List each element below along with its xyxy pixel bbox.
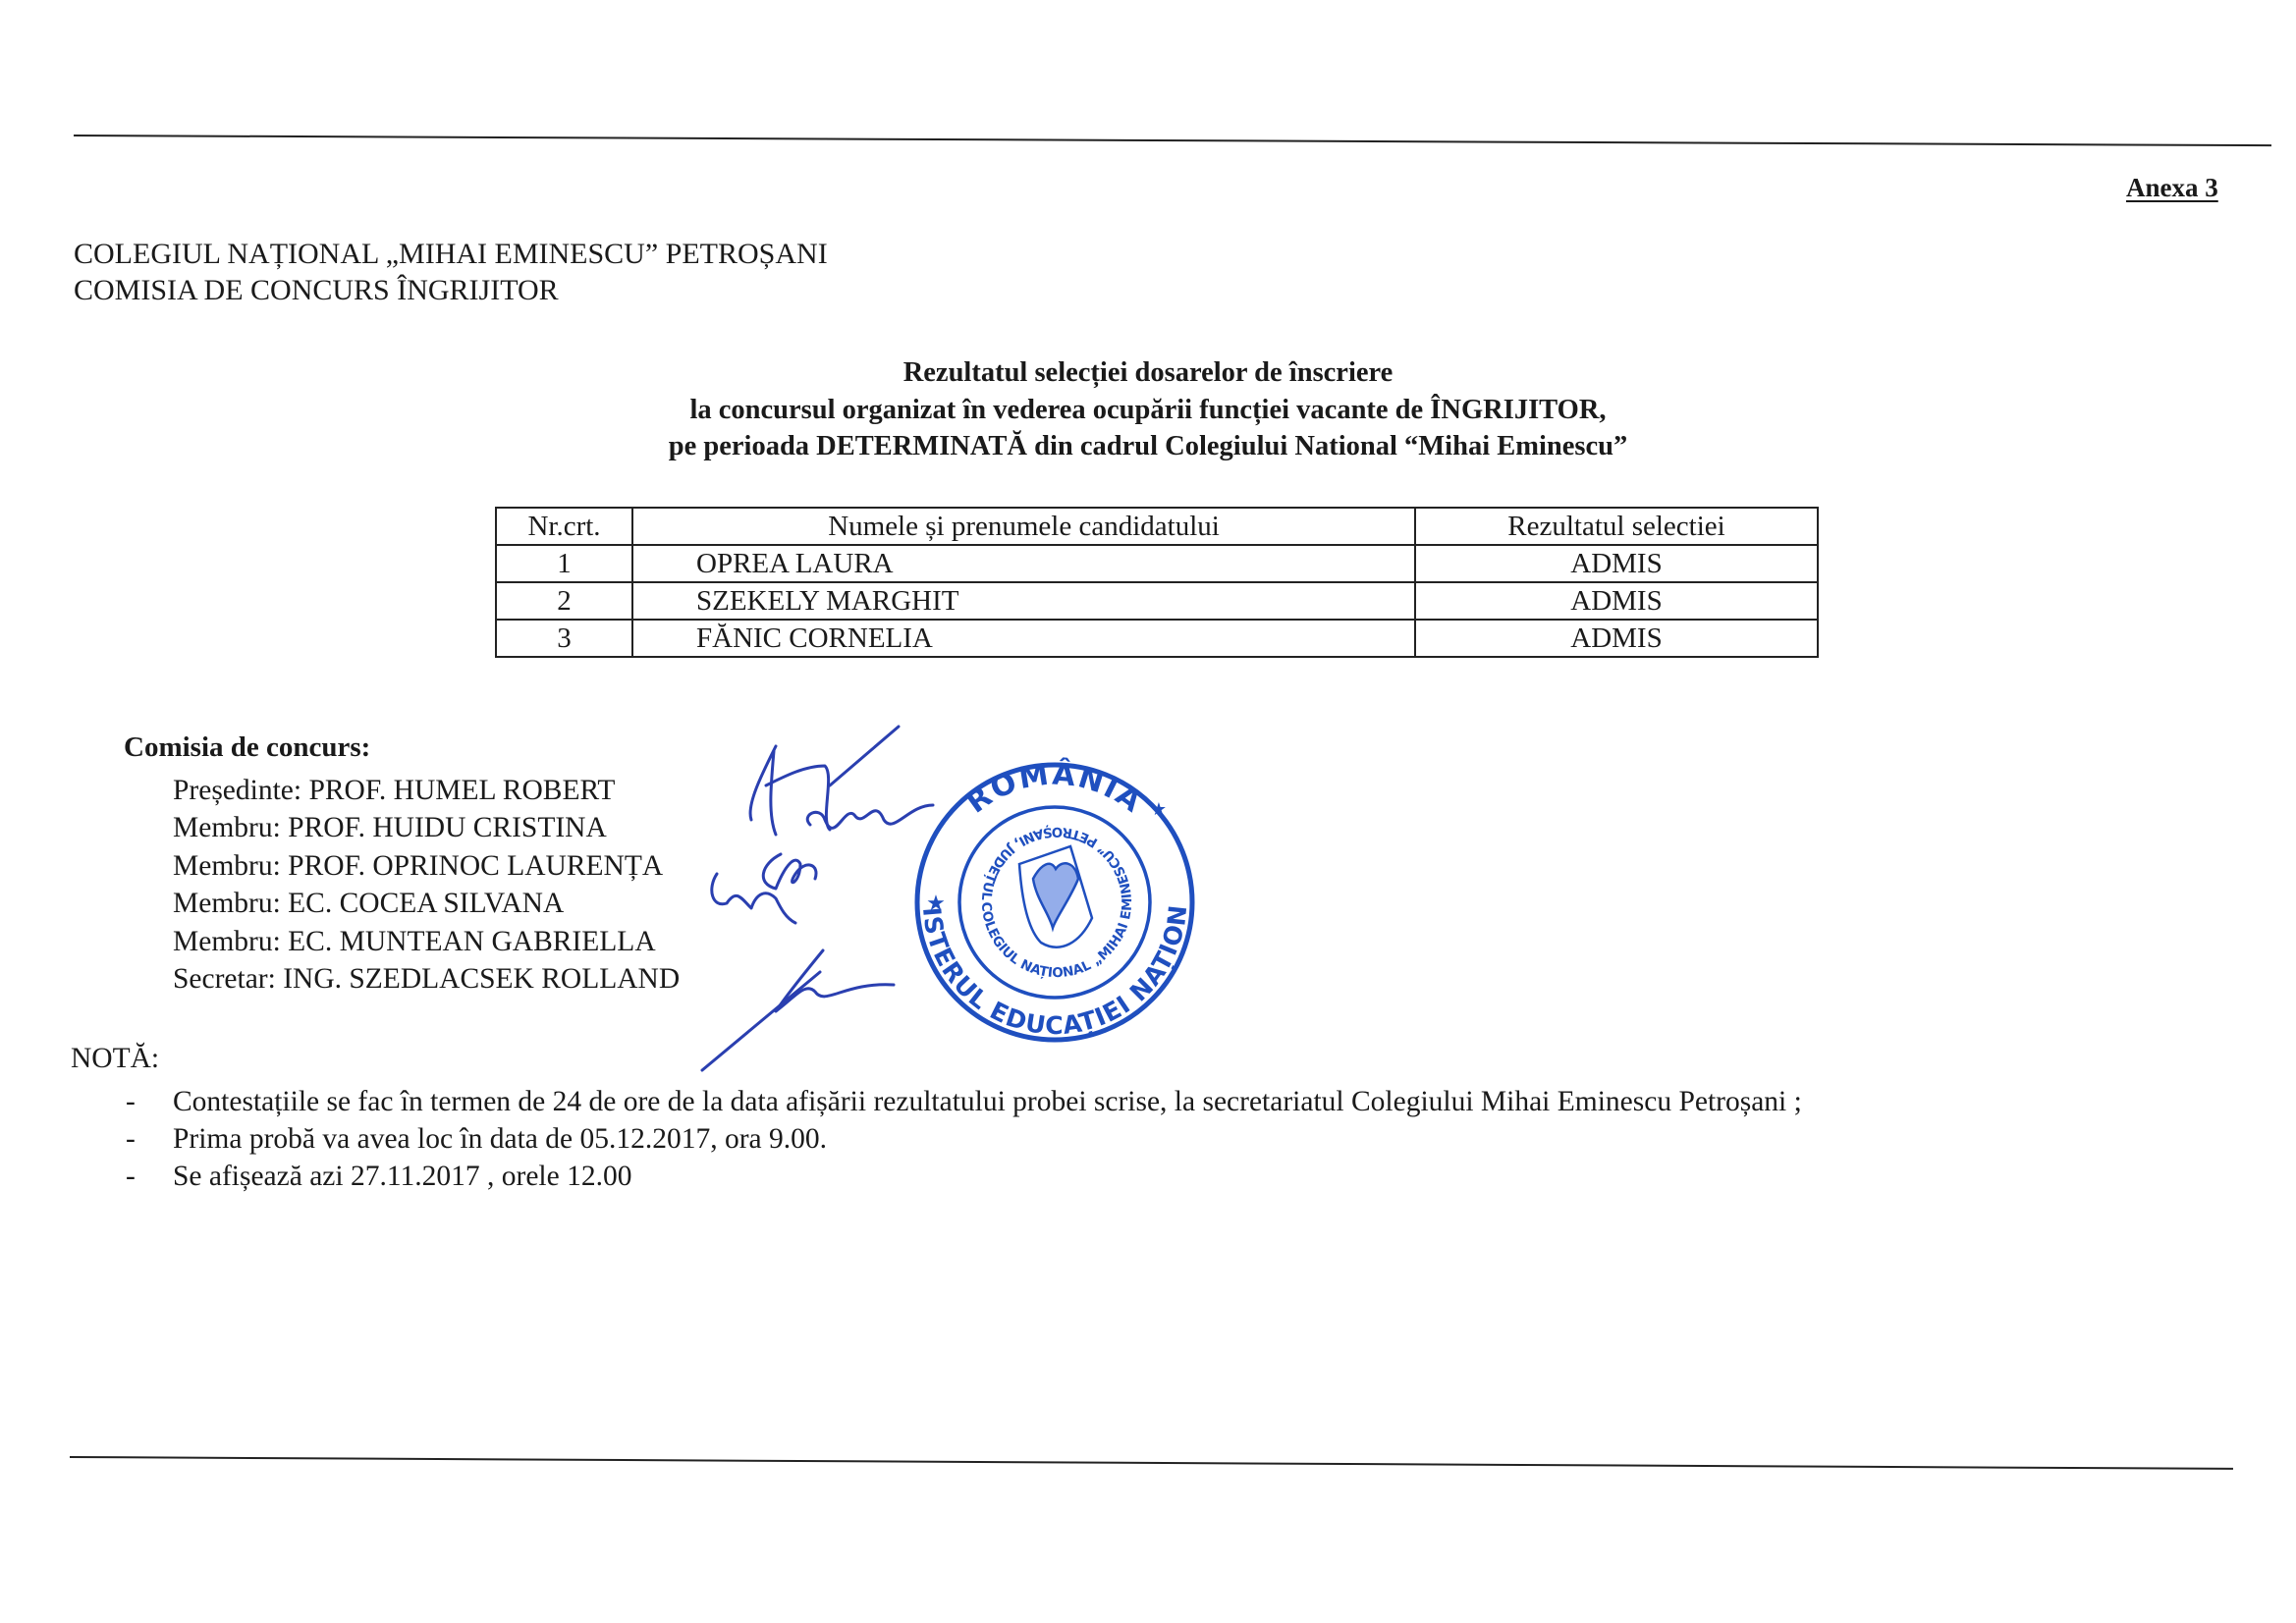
svg-text:COLEGIUL NAȚIONAL „MIHAI EMINE: COLEGIUL NAȚIONAL „MIHAI EMINESCU” PETRO… — [0, 0, 1135, 981]
notes-heading: NOTĂ: — [71, 1043, 159, 1075]
bullet-dash: - — [126, 1158, 136, 1196]
svg-text:★: ★ — [926, 892, 946, 916]
svg-text:MINISTERUL EDUCAȚIEI NAȚIONALE: MINISTERUL EDUCAȚIEI NAȚIONALE — [0, 0, 1192, 1040]
official-stamp-icon: ROMÂNIA MINISTERUL EDUCAȚIEI NAȚIONALE C… — [0, 0, 2296, 1623]
svg-text:ROMÂNIA: ROMÂNIA — [960, 756, 1149, 820]
bullet-dash: - — [126, 1120, 136, 1159]
note-text-posted-date: Se afișează azi 27.11.2017 , orele 12.00 — [173, 1158, 631, 1196]
svg-text:★: ★ — [1151, 799, 1167, 820]
bullet-dash: - — [126, 1083, 136, 1121]
note-text-appeals: Contestațiile se fac în termen de 24 de … — [173, 1083, 1802, 1121]
note-text-first-exam: Prima probă va avea loc în data de 05.12… — [173, 1120, 827, 1159]
